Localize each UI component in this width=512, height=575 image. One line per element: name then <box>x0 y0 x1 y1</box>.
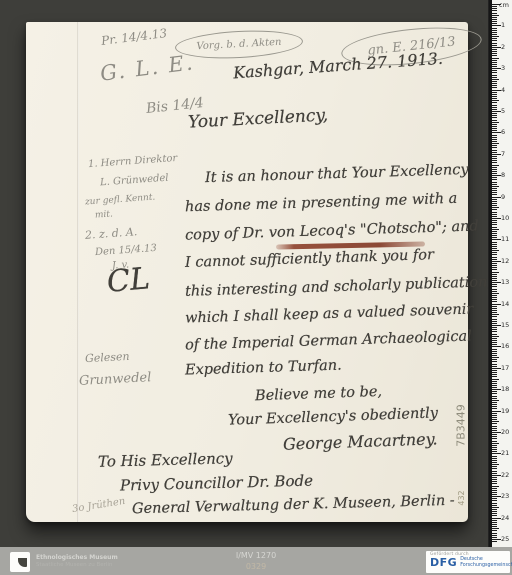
ruler-tick <box>492 432 501 433</box>
ruler-tick <box>492 113 497 114</box>
ruler-tick <box>492 214 497 215</box>
ruler-tick <box>492 267 497 268</box>
ruler-tick <box>492 184 497 185</box>
ruler-tick <box>492 15 499 16</box>
ruler-tick <box>492 188 497 189</box>
ruler-tick <box>492 43 497 44</box>
ruler-number: 11 <box>501 236 509 243</box>
ruler-tick <box>492 500 497 501</box>
ruler-number: 21 <box>501 450 509 457</box>
ruler-tick <box>492 466 497 467</box>
ruler-tick <box>492 130 497 131</box>
ruler-tick <box>492 235 497 236</box>
ruler-tick <box>492 25 501 26</box>
ruler-tick <box>492 434 497 435</box>
ruler-tick <box>492 436 497 437</box>
ruler-tick <box>492 49 497 50</box>
ruler-tick <box>492 537 497 538</box>
ruler-tick <box>492 38 497 39</box>
ruler-tick <box>492 314 499 315</box>
ruler-tick <box>492 269 497 270</box>
ruler-tick <box>492 513 497 514</box>
ruler-number: 23 <box>501 493 509 500</box>
ruler-tick <box>492 342 497 343</box>
dfg-funding-logo: Gefördert durch DFG Deutsche Forschungsg… <box>426 551 510 573</box>
ruler-tick <box>492 81 497 82</box>
ruler-tick <box>492 272 499 273</box>
ruler-tick <box>492 175 501 176</box>
ruler-tick <box>492 282 501 283</box>
ruler-tick <box>492 231 497 232</box>
ruler-tick <box>492 141 497 142</box>
ruler-number: 3 <box>501 65 505 72</box>
ruler-tick <box>492 293 499 294</box>
ruler-tick <box>492 212 497 213</box>
ruler-tick <box>492 115 497 116</box>
ruler-tick <box>492 147 497 148</box>
ruler-tick <box>492 179 497 180</box>
ruler-tick <box>492 145 497 146</box>
ruler-tick <box>492 507 499 508</box>
ruler-tick <box>492 351 497 352</box>
ruler-tick <box>492 107 497 108</box>
ruler-tick <box>492 372 497 373</box>
ruler-tick <box>492 75 497 76</box>
ruler-tick <box>492 77 497 78</box>
ruler-tick <box>492 460 497 461</box>
ruler-tick <box>492 304 501 305</box>
ruler-tick <box>492 430 497 431</box>
ruler-tick <box>492 171 497 172</box>
ruler-tick <box>492 224 497 225</box>
ruler-tick <box>492 321 497 322</box>
ruler-tick <box>492 182 497 183</box>
annotation-vertical-number-small: 432 <box>458 480 466 516</box>
ruler-tick <box>492 515 497 516</box>
ruler-tick <box>492 244 497 245</box>
ruler-tick <box>492 447 497 448</box>
ruler-tick <box>492 295 497 296</box>
ruler-tick <box>492 496 501 497</box>
ruler-tick <box>492 389 501 390</box>
ruler-tick <box>492 28 497 29</box>
ruler-tick <box>492 261 501 262</box>
ruler-tick <box>492 503 497 504</box>
ruler-tick <box>492 278 497 279</box>
ruler-tick <box>492 10 497 11</box>
ruler-tick <box>492 357 499 358</box>
ruler-tick <box>492 402 497 403</box>
ruler-tick <box>492 316 497 317</box>
ruler-tick <box>492 90 501 91</box>
ruler-tick <box>492 498 497 499</box>
ruler-tick <box>492 135 497 136</box>
ruler-tick <box>492 120 497 121</box>
ruler-tick <box>492 111 501 112</box>
ruler-tick <box>492 406 497 407</box>
ruler-tick <box>492 165 499 166</box>
ruler-tick <box>492 385 497 386</box>
ruler-tick <box>492 98 497 99</box>
ruler-tick <box>492 58 499 59</box>
ruler-tick <box>492 483 497 484</box>
ruler-tick <box>492 325 501 326</box>
ruler-tick <box>492 205 497 206</box>
ruler-tick <box>492 449 497 450</box>
ruler-tick <box>492 274 497 275</box>
annotation-monogram: CL <box>106 264 151 298</box>
ruler-tick <box>492 520 497 521</box>
annotation-grunwedel: Grunwedel <box>79 371 152 388</box>
margin-note: 2. z. d. A. <box>85 226 138 241</box>
ruler-tick <box>492 203 497 204</box>
ruler-tick <box>492 162 497 163</box>
ruler-tick <box>492 222 497 223</box>
ruler-tick <box>492 13 497 14</box>
ruler-tick <box>492 381 497 382</box>
ruler-tick <box>492 518 501 519</box>
ruler-number: 12 <box>501 258 509 265</box>
ruler-tick <box>492 79 499 80</box>
ruler-tick <box>492 479 497 480</box>
ruler-tick <box>492 280 497 281</box>
ruler-tick <box>492 533 497 534</box>
ruler-tick <box>492 404 497 405</box>
ruler-tick <box>492 94 497 95</box>
ruler-tick <box>492 194 497 195</box>
ruler-tick <box>492 421 499 422</box>
ruler-tick <box>492 92 497 93</box>
ruler-number: 2 <box>501 44 505 51</box>
annotation-oval-stamp-text: Vorg. b. d. Akten <box>196 37 281 51</box>
ruler-tick <box>492 289 497 290</box>
ruler-tick <box>492 411 501 412</box>
ruler-tick <box>492 17 497 18</box>
ruler-tick <box>492 481 497 482</box>
ruler-tick <box>492 334 497 335</box>
ruler-tick <box>492 87 497 88</box>
ruler-tick <box>492 23 497 24</box>
ruler-tick <box>492 370 497 371</box>
ruler-tick <box>492 349 497 350</box>
ruler-tick <box>492 21 497 22</box>
ruler-tick <box>492 72 497 73</box>
ruler-tick <box>492 30 497 31</box>
ruler-tick <box>492 199 497 200</box>
ruler-tick <box>492 139 497 140</box>
ruler-tick <box>492 453 501 454</box>
ruler-tick <box>492 36 499 37</box>
ruler-tick <box>492 505 497 506</box>
ruler-number: 14 <box>501 301 509 308</box>
ruler-tick <box>492 488 497 489</box>
ruler-tick <box>492 263 497 264</box>
ruler-tick <box>492 492 497 493</box>
ruler-tick <box>492 400 499 401</box>
ruler-tick <box>492 524 497 525</box>
ruler-tick <box>492 96 497 97</box>
ruler-tick <box>492 451 497 452</box>
ruler-tick <box>492 126 497 127</box>
ruler-tick <box>492 423 497 424</box>
ruler-tick <box>492 391 497 392</box>
ruler-number: 16 <box>501 343 509 350</box>
dfg-full-name: Deutsche Forschungsgemeinschaft <box>460 557 504 568</box>
ruler-tick <box>492 301 497 302</box>
ruler-tick <box>492 177 497 178</box>
ruler-tick <box>492 511 497 512</box>
ruler-number: 15 <box>501 322 509 329</box>
ruler-tick <box>492 473 497 474</box>
ruler-tick <box>492 340 497 341</box>
ruler-tick <box>492 160 497 161</box>
ruler-tick <box>492 216 497 217</box>
ruler-tick <box>492 6 497 7</box>
ruler-tick <box>492 229 499 230</box>
ruler-tick <box>492 366 497 367</box>
ruler-tick <box>492 539 501 540</box>
ruler-tick <box>492 312 497 313</box>
ruler-number: 25 <box>501 536 509 543</box>
ruler-tick <box>492 426 497 427</box>
ruler-tick <box>492 338 497 339</box>
ruler-tick <box>492 417 497 418</box>
ruler-number: 22 <box>501 472 509 479</box>
ruler-tick <box>492 475 501 476</box>
ruler-tick <box>492 158 497 159</box>
ruler-tick <box>492 441 497 442</box>
ruler-tick <box>492 530 497 531</box>
ruler-tick <box>492 109 497 110</box>
ruler-tick <box>492 396 497 397</box>
ruler-tick <box>492 327 497 328</box>
ruler-number: 20 <box>501 429 509 436</box>
ruler-tick <box>492 291 497 292</box>
ruler-tick <box>492 355 497 356</box>
ruler-number: 6 <box>501 129 505 136</box>
ruler-tick <box>492 19 497 20</box>
ruler-tick <box>492 55 497 56</box>
ruler-tick <box>492 353 497 354</box>
ruler-tick <box>492 458 497 459</box>
ruler-tick <box>492 47 501 48</box>
ruler-tick <box>492 398 497 399</box>
ruler-tick <box>492 201 497 202</box>
ruler-tick <box>492 308 497 309</box>
ruler-number: 18 <box>501 386 509 393</box>
ruler-tick <box>492 428 497 429</box>
ruler-tick <box>492 408 497 409</box>
ruler-tick <box>492 276 497 277</box>
ruler-tick <box>492 218 501 219</box>
ruler-tick <box>492 361 497 362</box>
ruler-number: 24 <box>501 515 509 522</box>
ruler-tick <box>492 297 497 298</box>
ruler-tick <box>492 464 499 465</box>
ruler-tick <box>492 227 497 228</box>
ruler-tick <box>492 259 497 260</box>
ruler-tick <box>492 284 497 285</box>
ruler-tick <box>492 8 497 9</box>
ruler-tick <box>492 186 499 187</box>
ruler-tick <box>492 509 497 510</box>
ruler-tick <box>492 209 497 210</box>
ruler-tick <box>492 132 501 133</box>
ruler-tick <box>492 156 497 157</box>
ruler-tick <box>492 438 497 439</box>
ruler-tick <box>492 445 497 446</box>
ruler-tick <box>492 53 497 54</box>
ruler-tick <box>492 51 497 52</box>
ruler-tick <box>492 471 497 472</box>
ruler-tick <box>492 167 497 168</box>
ruler-tick <box>492 152 497 153</box>
ruler-tick <box>492 102 497 103</box>
ruler-tick <box>492 237 497 238</box>
ruler-tick <box>492 40 497 41</box>
ruler-tick <box>492 105 497 106</box>
ruler-number: 10 <box>501 215 509 222</box>
ruler-tick <box>492 60 497 61</box>
ruler-tick <box>492 383 497 384</box>
ruler-tick <box>492 415 497 416</box>
ruler-number: 1 <box>501 22 505 29</box>
annotation-vertical-number: 7B3449 <box>456 391 467 461</box>
ruler-tick <box>492 257 497 258</box>
ruler-tick <box>492 387 497 388</box>
ruler-tick <box>492 310 497 311</box>
ruler-unit-label: cm <box>499 1 509 9</box>
ruler-tick <box>492 190 497 191</box>
scan-page: Pr. 14/4.13 Vorg. b. d. Akten gn. E. 216… <box>0 0 512 575</box>
ruler-tick <box>492 443 499 444</box>
ruler-tick <box>492 528 499 529</box>
ruler-number: 13 <box>501 279 509 286</box>
ruler-tick <box>492 239 501 240</box>
ruler-number: 19 <box>501 408 509 415</box>
ruler-tick <box>492 85 497 86</box>
ruler-tick <box>492 336 499 337</box>
footer-bar: Ethnologisches Museum Staatliche Museen … <box>0 547 512 575</box>
ruler-tick <box>492 331 497 332</box>
ruler-tick <box>492 4 501 5</box>
ruler-number: 4 <box>501 87 505 94</box>
ruler-tick <box>492 359 497 360</box>
ruler-tick <box>492 242 497 243</box>
ruler-tick <box>492 374 497 375</box>
ruler-tick <box>492 368 501 369</box>
ruler-tick <box>492 462 497 463</box>
ruler-tick <box>492 346 501 347</box>
ruler-number: 8 <box>501 172 505 179</box>
ruler-tick <box>492 344 497 345</box>
ruler-tick <box>492 169 497 170</box>
ruler-tick <box>492 150 497 151</box>
ruler-tick <box>492 246 497 247</box>
ruler-tick <box>492 45 497 46</box>
ruler-tick <box>492 137 497 138</box>
ruler-tick <box>492 319 497 320</box>
ruler-tick <box>492 364 497 365</box>
ruler-tick <box>492 66 497 67</box>
ruler-tick <box>492 68 501 69</box>
ruler-tick <box>492 70 497 71</box>
ruler-tick <box>492 154 501 155</box>
ruler-tick <box>492 522 497 523</box>
ruler-tick <box>492 34 497 35</box>
ruler-tick <box>492 32 497 33</box>
dfg-acronym: DFG <box>430 557 457 568</box>
ruler-number: 5 <box>501 108 505 115</box>
ruler-tick <box>492 494 497 495</box>
ruler-tick <box>492 83 497 84</box>
ruler-number: 9 <box>501 194 505 201</box>
ruler-tick <box>492 124 497 125</box>
ruler-number: 7 <box>501 151 505 158</box>
ruler-tick <box>492 379 499 380</box>
ruler-tick <box>492 100 499 101</box>
ruler-tick <box>492 128 497 129</box>
ruler-tick <box>492 173 497 174</box>
ruler-tick <box>492 64 497 65</box>
ruler-tick <box>492 207 499 208</box>
ruler-tick <box>492 393 497 394</box>
paper-fold-crease <box>77 22 79 522</box>
ruler-number: 17 <box>501 365 509 372</box>
ruler-tick <box>492 122 499 123</box>
margin-note: mit. <box>95 210 113 220</box>
ruler-tick <box>492 252 497 253</box>
ruler-tick <box>492 192 497 193</box>
ruler-tick <box>492 265 497 266</box>
ruler-tick <box>492 413 497 414</box>
ruler-tick <box>492 535 497 536</box>
annotation-gelesen: Gelesen <box>85 351 130 364</box>
ruler-tick <box>492 541 497 542</box>
ruler-tick <box>492 419 497 420</box>
ruler-tick <box>492 197 501 198</box>
ruler-tick <box>492 329 497 330</box>
ruler-tick <box>492 526 497 527</box>
ruler-tick <box>492 62 497 63</box>
ruler-tick <box>492 220 497 221</box>
ruler-tick <box>492 233 497 234</box>
ruler-tick <box>492 254 497 255</box>
ruler-tick <box>492 286 497 287</box>
ruler-tick <box>492 248 497 249</box>
ruler-tick <box>492 477 497 478</box>
letter-address-line: To His Excellency <box>98 451 233 470</box>
ruler-tick <box>492 323 497 324</box>
ruler-tick <box>492 486 499 487</box>
ruler-tick <box>492 456 497 457</box>
ruler-tick <box>492 468 497 469</box>
ruler-tick <box>492 490 497 491</box>
measurement-ruler: cm 1234567891011121314151617181920212223… <box>488 0 512 547</box>
ruler-tick <box>492 117 497 118</box>
ruler-tick <box>492 299 497 300</box>
ruler-tick <box>492 143 499 144</box>
ruler-tick <box>492 376 497 377</box>
ruler-tick <box>492 306 497 307</box>
ruler-tick <box>492 250 499 251</box>
